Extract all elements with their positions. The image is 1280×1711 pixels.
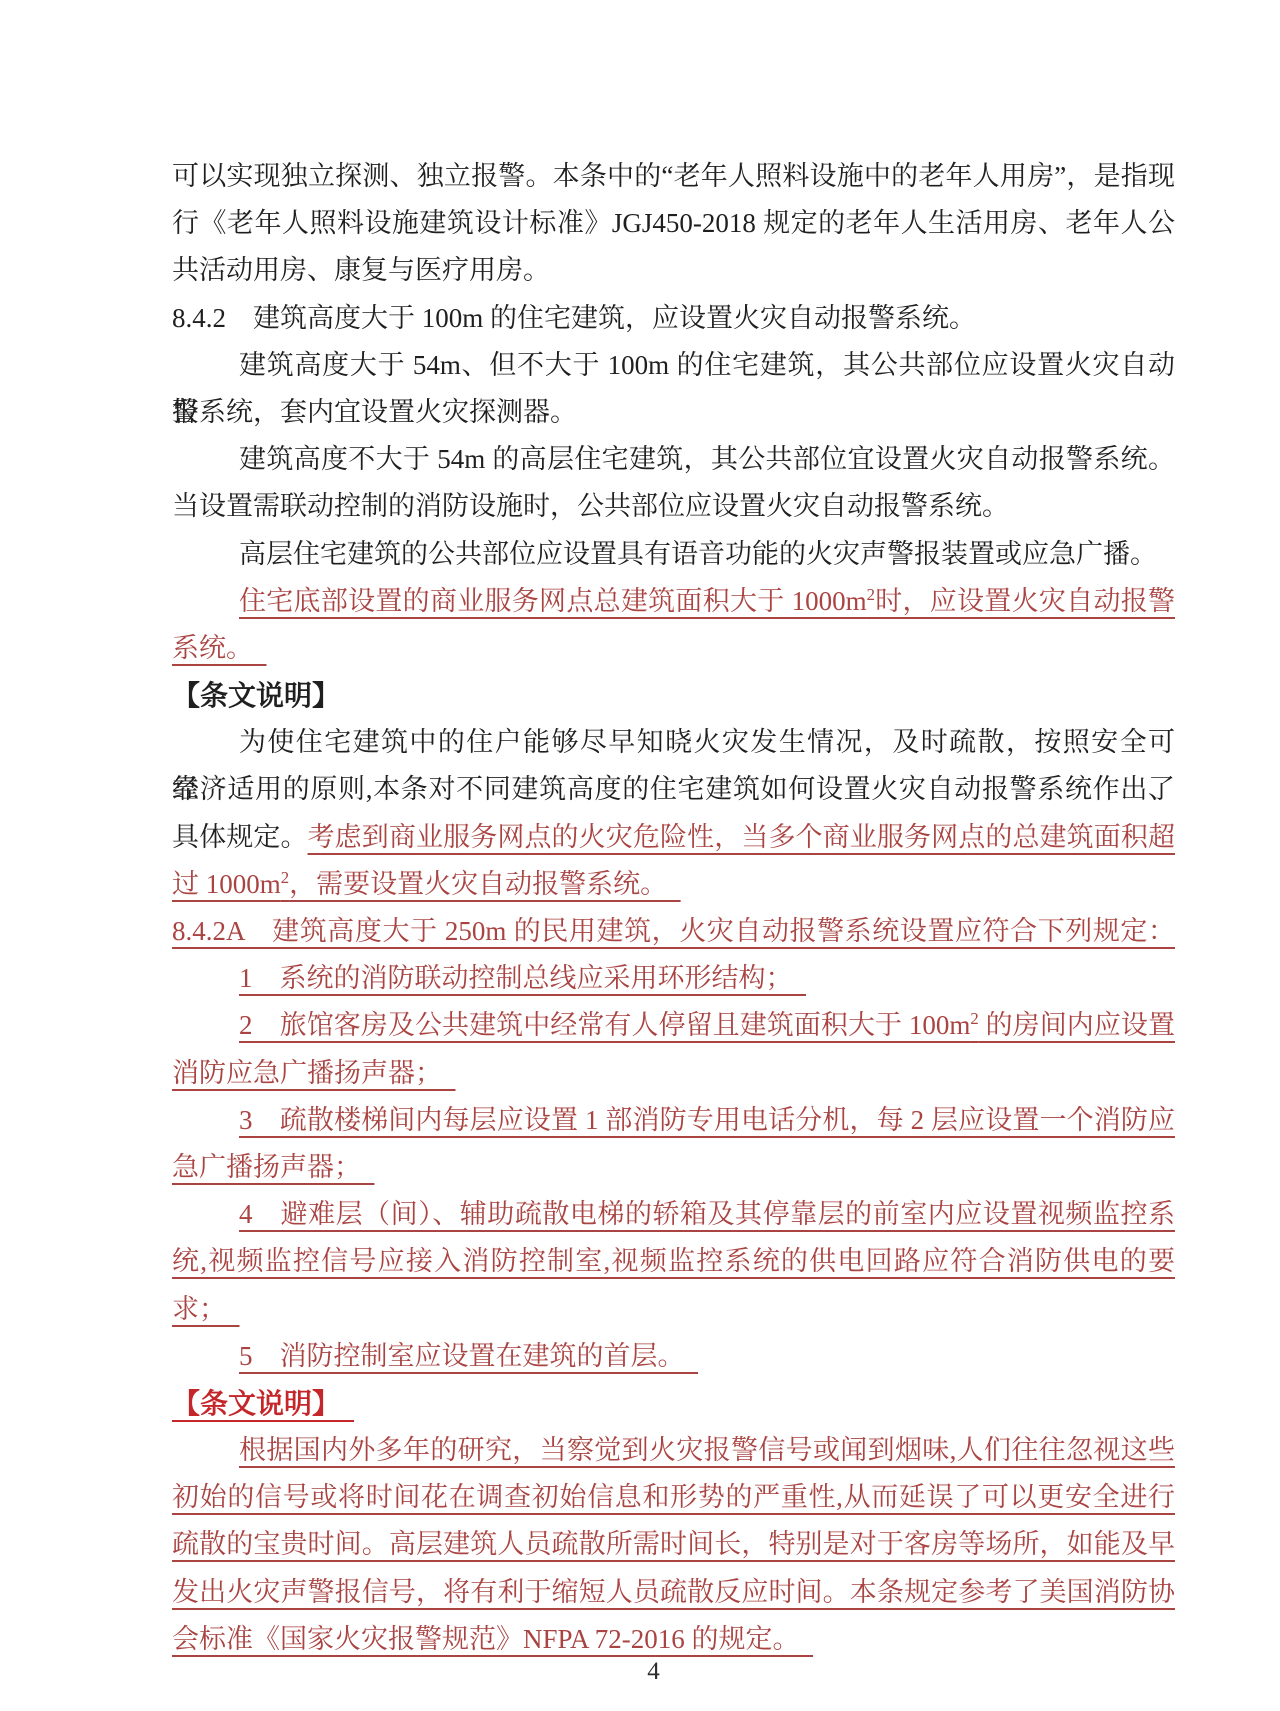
text-segment: 3 疏散楼梯间内每层应设置 1 部消防专用电话分机，每 2 层应设置一个消防应	[239, 1105, 1175, 1135]
text-segment: 2 旅馆客房及公共建筑中经常有人停留且建筑面积大于 100m	[239, 1010, 970, 1040]
text-line: 高层住宅建筑的公共部位应设置具有语音功能的火灾声警报装置或应急广播。	[172, 531, 1175, 578]
text-segment: 当设置需联动控制的消防设施时，公共部位应设置火灾自动报警系统。	[172, 491, 1009, 521]
text-segment: 的房间内应设置	[979, 1010, 1175, 1040]
text-segment: 建筑高度不大于 54m 的高层住宅建筑，其公共部位宜设置火灾自动报警系统。	[239, 444, 1175, 474]
text-segment: 4 避难层（间）、辅助疏散电梯的轿箱及其停靠层的前室内应设置视频监控系	[239, 1199, 1175, 1229]
superscript: 2	[867, 585, 875, 604]
text-line: 建筑高度大于 54m、但不大于 100m 的住宅建筑，其公共部位应设置火灾自动报	[172, 342, 1175, 389]
text-line: 【条文说明】	[172, 1380, 1175, 1427]
text-line: 4 避难层（间）、辅助疏散电梯的轿箱及其停靠层的前室内应设置视频监控系	[172, 1191, 1175, 1238]
superscript: 2	[281, 868, 289, 887]
text-segment: 高层住宅建筑的公共部位应设置具有语音功能的火灾声警报装置或应急广播。	[239, 539, 1157, 569]
text-segment: 初始的信号或将时间花在调查初始信息和形势的严重性,从而延误了可以更安全进行	[172, 1482, 1175, 1512]
text-segment: 1 系统的消防联动控制总线应采用环形结构；	[239, 963, 806, 993]
text-line: 过 1000m2，需要设置火灾自动报警系统。	[172, 861, 1175, 908]
text-segment: 8.4.2A 建筑高度大于 250m 的民用建筑，火灾自动报警系统设置应符合下列…	[172, 916, 1175, 946]
text-segment: 经济适用的原则,本条对不同建筑高度的住宅建筑如何设置火灾自动报警系统作出了	[172, 774, 1175, 804]
text-segment: 急广播扬声器；	[172, 1152, 375, 1182]
superscript: 2	[970, 1009, 978, 1028]
text-line: 5 消防控制室应设置在建筑的首层。	[172, 1333, 1175, 1380]
text-line: 初始的信号或将时间花在调查初始信息和形势的严重性,从而延误了可以更安全进行	[172, 1474, 1175, 1521]
page-number: 4	[172, 1658, 1135, 1686]
text-segment: 共活动用房、康复与医疗用房。	[172, 255, 550, 285]
text-segment: 过 1000m	[172, 869, 281, 899]
text-segment: 根据国内外多年的研究，当察觉到火灾报警信号或闻到烟味,人们往往忽视这些	[239, 1435, 1175, 1465]
text-line: 系统。	[172, 625, 1175, 672]
text-segment: 行《老年人照料设施建筑设计标准》JGJ450-2018 规定的老年人生活用房、老…	[172, 208, 1175, 238]
text-segment: 5 消防控制室应设置在建筑的首层。	[239, 1341, 698, 1371]
document-body: 可以实现独立探测、独立报警。本条中的“老年人照料设施中的老年人用房”，是指现行《…	[172, 153, 1175, 1663]
text-line: 2 旅馆客房及公共建筑中经常有人停留且建筑面积大于 100m2 的房间内应设置	[172, 1002, 1175, 1049]
text-line: 住宅底部设置的商业服务网点总建筑面积大于 1000m2时，应设置火灾自动报警	[172, 578, 1175, 625]
text-line: 可以实现独立探测、独立报警。本条中的“老年人照料设施中的老年人用房”，是指现	[172, 153, 1175, 200]
text-segment: 发出火灾声警报信号，将有利于缩短人员疏散反应时间。本条规定参考了美国消防协	[172, 1577, 1175, 1607]
text-segment: 具体规定。	[172, 822, 308, 852]
text-line: 为使住宅建筑中的住户能够尽早知晓火灾发生情况，及时疏散，按照安全可靠、	[172, 719, 1175, 766]
text-segment: 【条文说明】	[172, 1388, 354, 1419]
text-line: 【条文说明】	[172, 672, 1175, 719]
text-line: 会标准《国家火灾报警规范》NFPA 72-2016 的规定。	[172, 1616, 1175, 1663]
text-segment: 统,视频监控信号应接入消防控制室,视频监控系统的供电回路应符合消防供电的要	[172, 1246, 1175, 1276]
text-segment: 时，应设置火灾自动报警	[875, 586, 1175, 616]
text-segment: 会标准《国家火灾报警规范》NFPA 72-2016 的规定。	[172, 1624, 813, 1654]
text-segment: ，需要设置火灾自动报警系统。	[289, 869, 681, 899]
text-segment: 疏散的宝贵时间。高层建筑人员疏散所需时间长，特别是对于客房等场所，如能及早	[172, 1529, 1175, 1559]
text-segment: 【条文说明】	[172, 680, 340, 711]
text-line: 建筑高度不大于 54m 的高层住宅建筑，其公共部位宜设置火灾自动报警系统。	[172, 436, 1175, 483]
text-line: 共活动用房、康复与医疗用房。	[172, 247, 1175, 294]
text-line: 消防应急广播扬声器；	[172, 1050, 1175, 1097]
text-line: 发出火灾声警报信号，将有利于缩短人员疏散反应时间。本条规定参考了美国消防协	[172, 1569, 1175, 1616]
text-line: 8.4.2 建筑高度大于 100m 的住宅建筑，应设置火灾自动报警系统。	[172, 295, 1175, 342]
text-line: 疏散的宝贵时间。高层建筑人员疏散所需时间长，特别是对于客房等场所，如能及早	[172, 1521, 1175, 1568]
text-line: 急广播扬声器；	[172, 1144, 1175, 1191]
text-line: 统,视频监控信号应接入消防控制室,视频监控系统的供电回路应符合消防供电的要	[172, 1238, 1175, 1285]
text-segment: 系统。	[172, 633, 267, 663]
text-line: 警系统，套内宜设置火灾探测器。	[172, 389, 1175, 436]
text-segment: 住宅底部设置的商业服务网点总建筑面积大于 1000m	[239, 586, 867, 616]
text-segment: 求；	[172, 1294, 240, 1324]
text-segment: 消防应急广播扬声器；	[172, 1058, 456, 1088]
text-line: 根据国内外多年的研究，当察觉到火灾报警信号或闻到烟味,人们往往忽视这些	[172, 1427, 1175, 1474]
text-segment: 可以实现独立探测、独立报警。本条中的“老年人照料设施中的老年人用房”，是指现	[172, 161, 1175, 191]
text-line: 3 疏散楼梯间内每层应设置 1 部消防专用电话分机，每 2 层应设置一个消防应	[172, 1097, 1175, 1144]
text-line: 经济适用的原则,本条对不同建筑高度的住宅建筑如何设置火灾自动报警系统作出了	[172, 766, 1175, 813]
text-segment: 8.4.2 建筑高度大于 100m 的住宅建筑，应设置火灾自动报警系统。	[172, 303, 976, 333]
document-page: { "page": { "number": "4" }, "colors": {…	[0, 0, 1280, 1711]
text-line: 具体规定。考虑到商业服务网点的火灾危险性，当多个商业服务网点的总建筑面积超	[172, 814, 1175, 861]
text-line: 行《老年人照料设施建筑设计标准》JGJ450-2018 规定的老年人生活用房、老…	[172, 200, 1175, 247]
text-line: 1 系统的消防联动控制总线应采用环形结构；	[172, 955, 1175, 1002]
text-line: 8.4.2A 建筑高度大于 250m 的民用建筑，火灾自动报警系统设置应符合下列…	[172, 908, 1175, 955]
text-segment: 警系统，套内宜设置火灾探测器。	[172, 397, 577, 427]
text-segment: 考虑到商业服务网点的火灾危险性，当多个商业服务网点的总建筑面积超	[308, 822, 1175, 852]
text-line: 当设置需联动控制的消防设施时，公共部位应设置火灾自动报警系统。	[172, 483, 1175, 530]
text-line: 求；	[172, 1286, 1175, 1333]
